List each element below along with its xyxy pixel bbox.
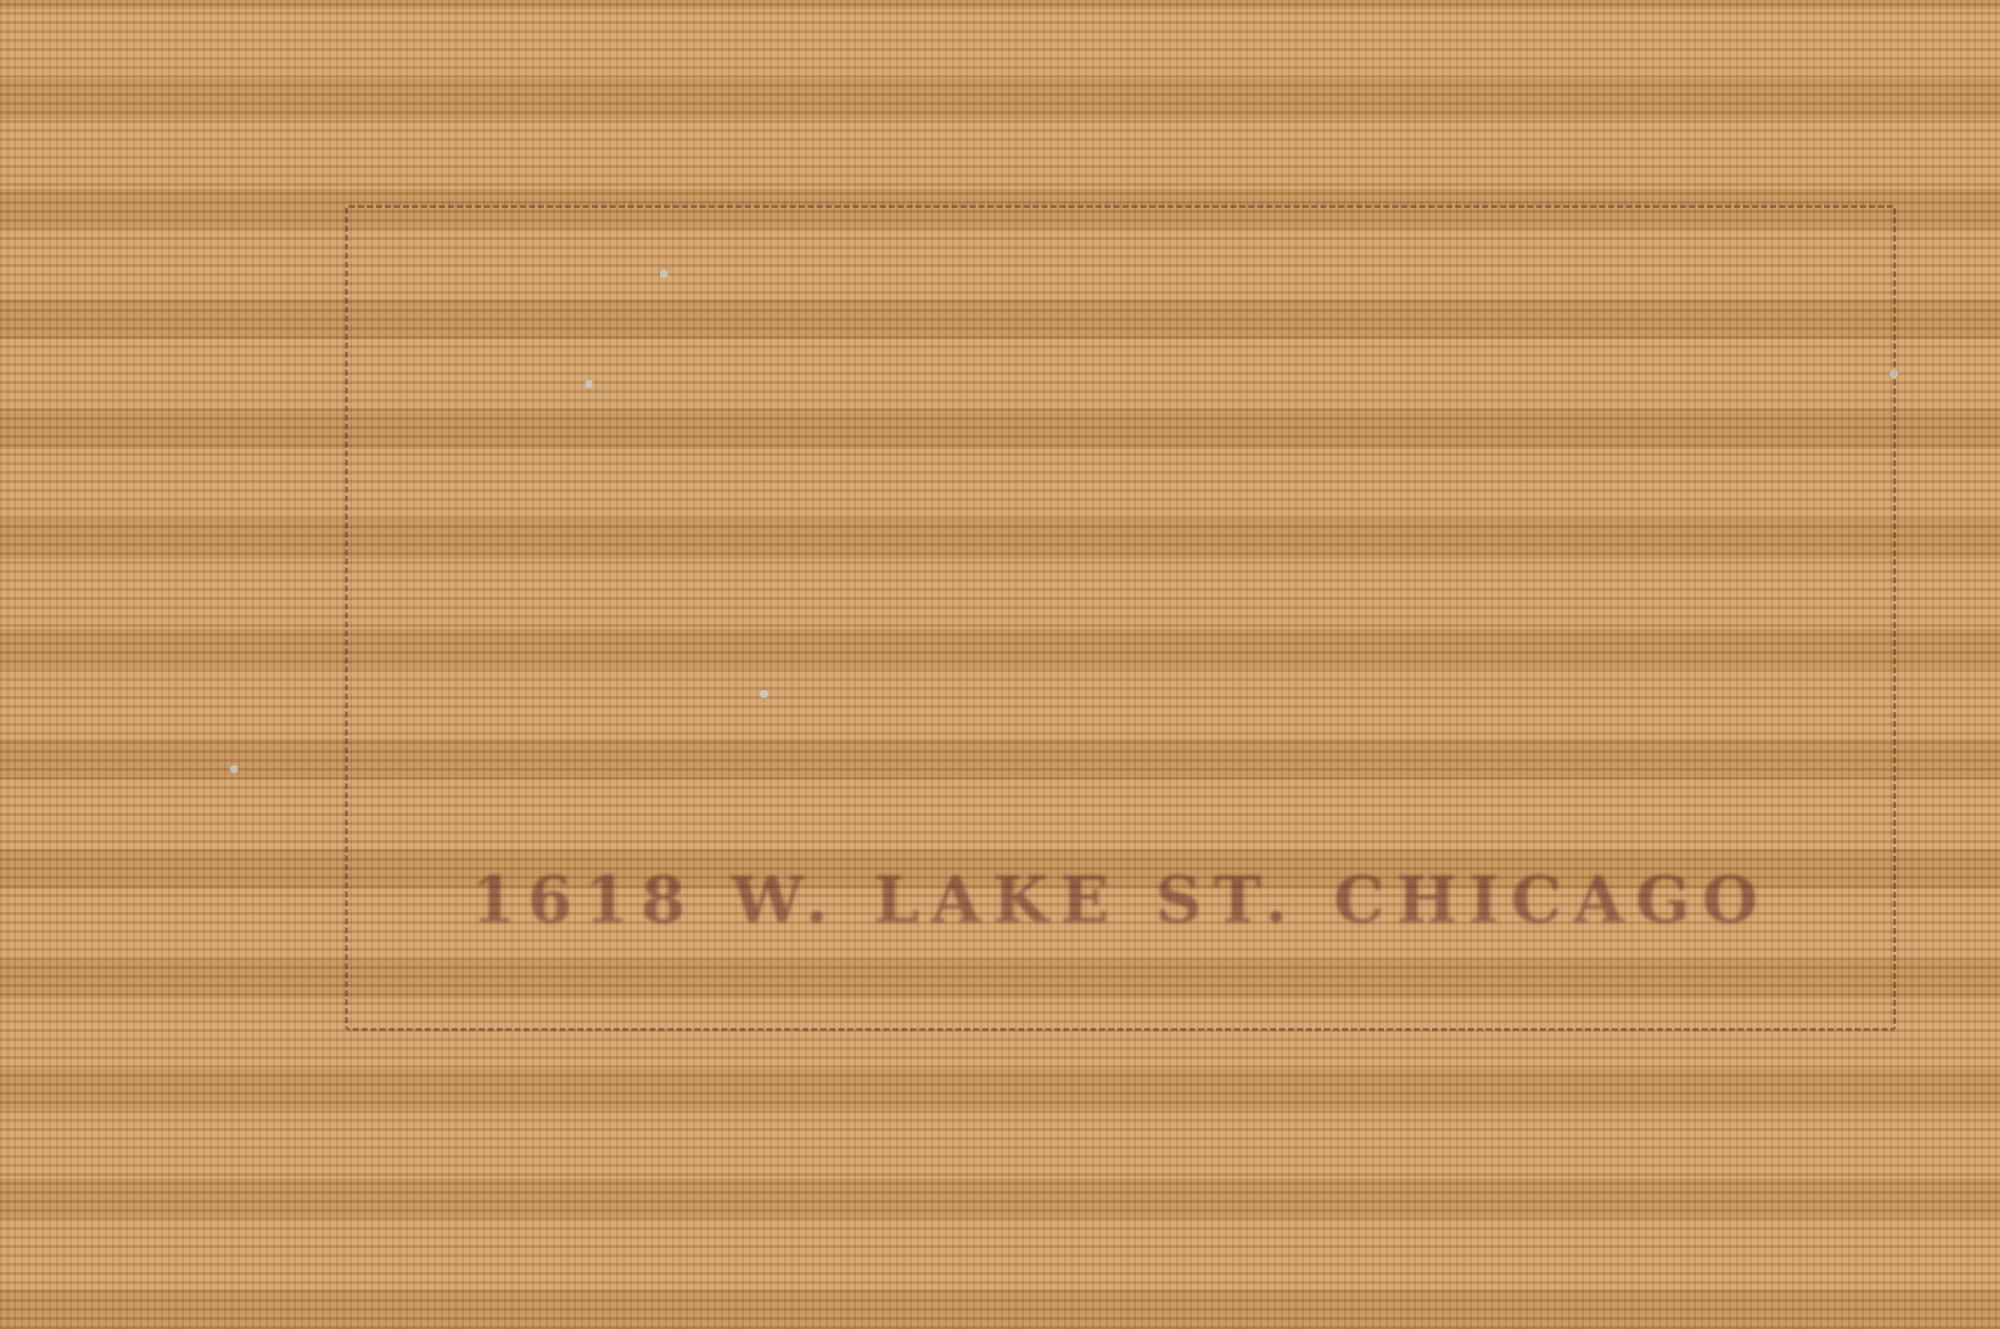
lint-speck (760, 690, 768, 698)
stamp-address-line: 1618 W. LAKE ST. CHICAGO (348, 863, 1893, 938)
lint-speck (230, 765, 238, 773)
ink-stamp: 1618 W. LAKE ST. CHICAGO (345, 205, 1896, 1031)
lint-speck (585, 380, 593, 388)
lint-speck (660, 270, 668, 278)
lint-speck (1890, 370, 1898, 378)
